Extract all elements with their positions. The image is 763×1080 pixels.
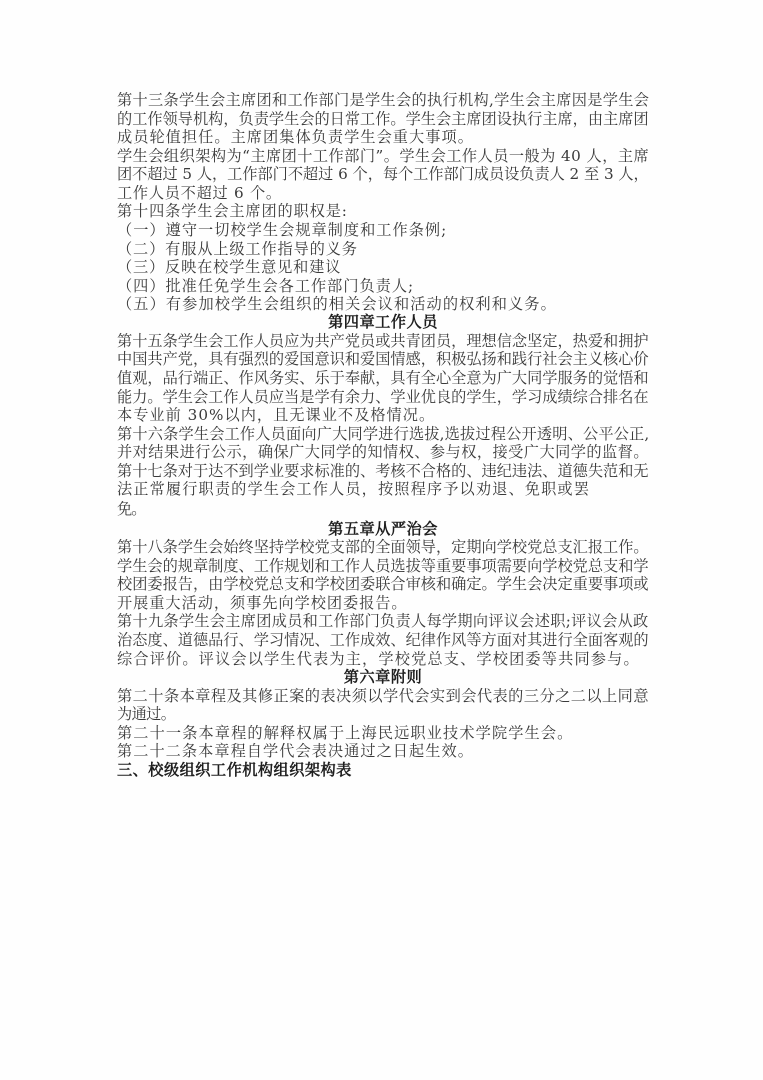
body-text-line: 本专业前 30%以内，且无课业不及格情况。 — [117, 406, 657, 425]
body-text-line: 第十七条对于达不到学业要求标准的、考核不合格的、违纪违法、道德失范和无 — [117, 462, 657, 481]
body-text-line: （三）反映在校学生意见和建议 — [117, 258, 657, 277]
body-text-line: 为通过。 — [117, 705, 657, 724]
body-text-line: 校团委报告，由学校党总支和学校团委联合审核和确定。学生会决定重要事项或 — [117, 575, 657, 594]
body-text-line: 能力。学生会工作人员应当是学有余力、学业优良的学生，学习成绩综合排名在 — [117, 388, 657, 407]
body-text-line: 并对结果进行公示，确保广大同学的知情权、参与权，接受广大同学的监督。 — [117, 443, 657, 462]
chapter-heading: 第四章工作人员 — [117, 313, 649, 332]
body-text-line: 团不超过 5 人，工作部门不超过 6 个，每个工作部门成员设负责人 2 至 3 … — [117, 165, 657, 184]
body-text-line: 工作人员不超过 6 个。 — [117, 184, 657, 203]
body-text-line: （四）批准任免学生会各工作部门负责人; — [117, 277, 657, 296]
body-text-line: 第二十二条本章程自学代会表决通过之日起生效。 — [117, 742, 657, 761]
body-text-line: 第十五条学生会工作人员应为共产党员或共青团员，理想信念坚定，热爱和拥护 — [117, 332, 657, 351]
body-text-line: 学生会的规章制度、工作规划和工作人员选拔等重要事项需要向学校党总支和学 — [117, 557, 657, 576]
body-text-line: 成员轮值担任。主席团集体负责学生会重大事项。 — [117, 128, 657, 147]
body-text-line: 第十六条学生会工作人员面向广大同学进行选拔,选拔过程公开透明、公平公正, — [117, 425, 657, 444]
body-text-line: 值观，品行端正、作风务实、乐于奉献，具有全心全意为广大同学服务的觉悟和 — [117, 369, 657, 388]
body-text-line: 第十三条学生会主席团和工作部门是学生会的执行机构,学生会主席因是学生会 — [117, 91, 657, 110]
document-page: 第十三条学生会主席团和工作部门是学生会的执行机构,学生会主席因是学生会的工作领导… — [0, 0, 763, 1080]
section-heading: 三、校级组织工作机构组织架构表 — [117, 761, 657, 780]
body-text-line: 中国共产党，具有强烈的爱国意识和爱国情感，积极弘扬和践行社会主义核心价 — [117, 350, 657, 369]
body-text-line: 第十四条学生会主席团的职权是: — [117, 202, 657, 221]
chapter-heading: 第五章从严治会 — [117, 520, 649, 539]
body-text-line: 综合评价。评议会以学生代表为主，学校党总支、学校团委等共同参与。 — [117, 650, 657, 669]
body-text-line: 的工作领导机构，负责学生会的日常工作。学生会主席团设执行主席，由主席团 — [117, 110, 657, 129]
body-text-line: 第十八条学生会始终坚持学校党支部的全面领导，定期向学校党总支汇报工作。 — [117, 538, 657, 557]
body-text-line: （二）有服从上级工作指导的义务 — [117, 240, 657, 259]
body-text-line: （一）遵守一切校学生会规章制度和工作条例; — [117, 221, 657, 240]
body-text-line: 学生会组织架构为“主席团十工作部门”。学生会工作人员一般为 40 人，主席 — [117, 147, 657, 166]
body-text-line: 法正常履行职责的学生会工作人员，按照程序予以劝退、免职或罢 — [117, 480, 657, 499]
body-text-line: 第二十条本章程及其修正案的表决须以学代会实到会代表的三分之二以上同意 — [117, 687, 657, 706]
body-text-line: 开展重大活动，须事先向学校团委报告。 — [117, 594, 657, 613]
body-text-line: 治态度、道德品行、学习情况、工作成效、纪律作风等方面对其进行全面客观的 — [117, 631, 657, 650]
body-text-line: （五）有参加校学生会组织的相关会议和活动的权利和义务。 — [117, 295, 657, 314]
body-text-line: 第二十一条本章程的解释权属于上海民远职业技术学院学生会。 — [117, 724, 657, 743]
body-text-line: 第十九条学生会主席团成员和工作部门负责人每学期向评议会述职;评议会从政 — [117, 612, 657, 631]
body-text-line: 免。 — [117, 500, 657, 519]
chapter-heading: 第六章附则 — [117, 668, 649, 687]
